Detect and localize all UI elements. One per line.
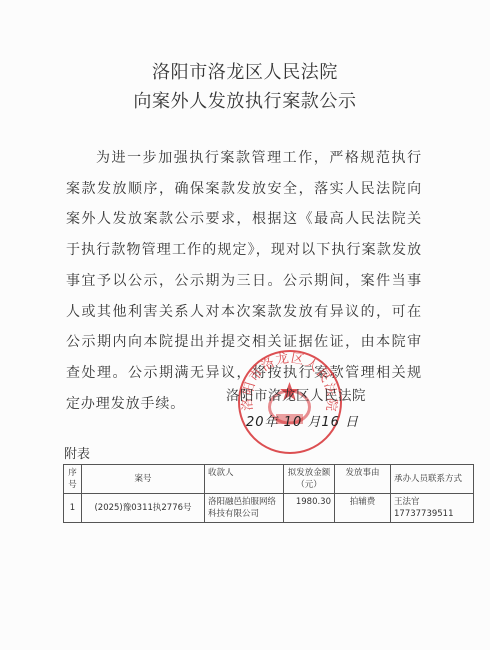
cell-amount: 1980.30 [284,494,335,523]
signature-organization: 洛阳市洛龙区人民法院 [226,384,366,404]
document-title-court: 洛阳市洛龙区人民法院 [0,58,490,84]
document-page: 洛阳市洛龙区人民法院 向案外人发放执行案款公示 为进一步加强执行案款管理工作，严… [0,0,490,650]
header-case-no: 案号 [82,465,205,494]
header-contact: 承办人员联系方式 [391,465,474,494]
cell-index: 1 [64,494,82,523]
header-payee: 收款人 [205,465,284,494]
cell-reason: 拍辅费 [335,494,391,523]
cell-contact: 王法官 17737739511 [391,494,474,523]
disbursement-table: 序号 案号 收款人 拟发放金额（元） 发放事由 承办人员联系方式 1 (2025… [63,464,474,523]
document-title-subject: 向案外人发放执行案款公示 [0,87,490,113]
signature-date: 20年 10 月16 日 [246,411,359,430]
appendix-label: 附表 [64,443,90,462]
cell-payee: 洛阳融邑拍服网络科技有限公司 [205,494,284,523]
header-reason: 发放事由 [335,465,391,494]
table-header-row: 序号 案号 收款人 拟发放金额（元） 发放事由 承办人员联系方式 [64,465,474,494]
cell-case-no: (2025)豫0311执2776号 [82,494,205,523]
header-amount: 拟发放金额（元） [284,465,335,494]
table-row: 1 (2025)豫0311执2776号 洛阳融邑拍服网络科技有限公司 1980.… [64,494,474,523]
header-index: 序号 [64,465,82,494]
